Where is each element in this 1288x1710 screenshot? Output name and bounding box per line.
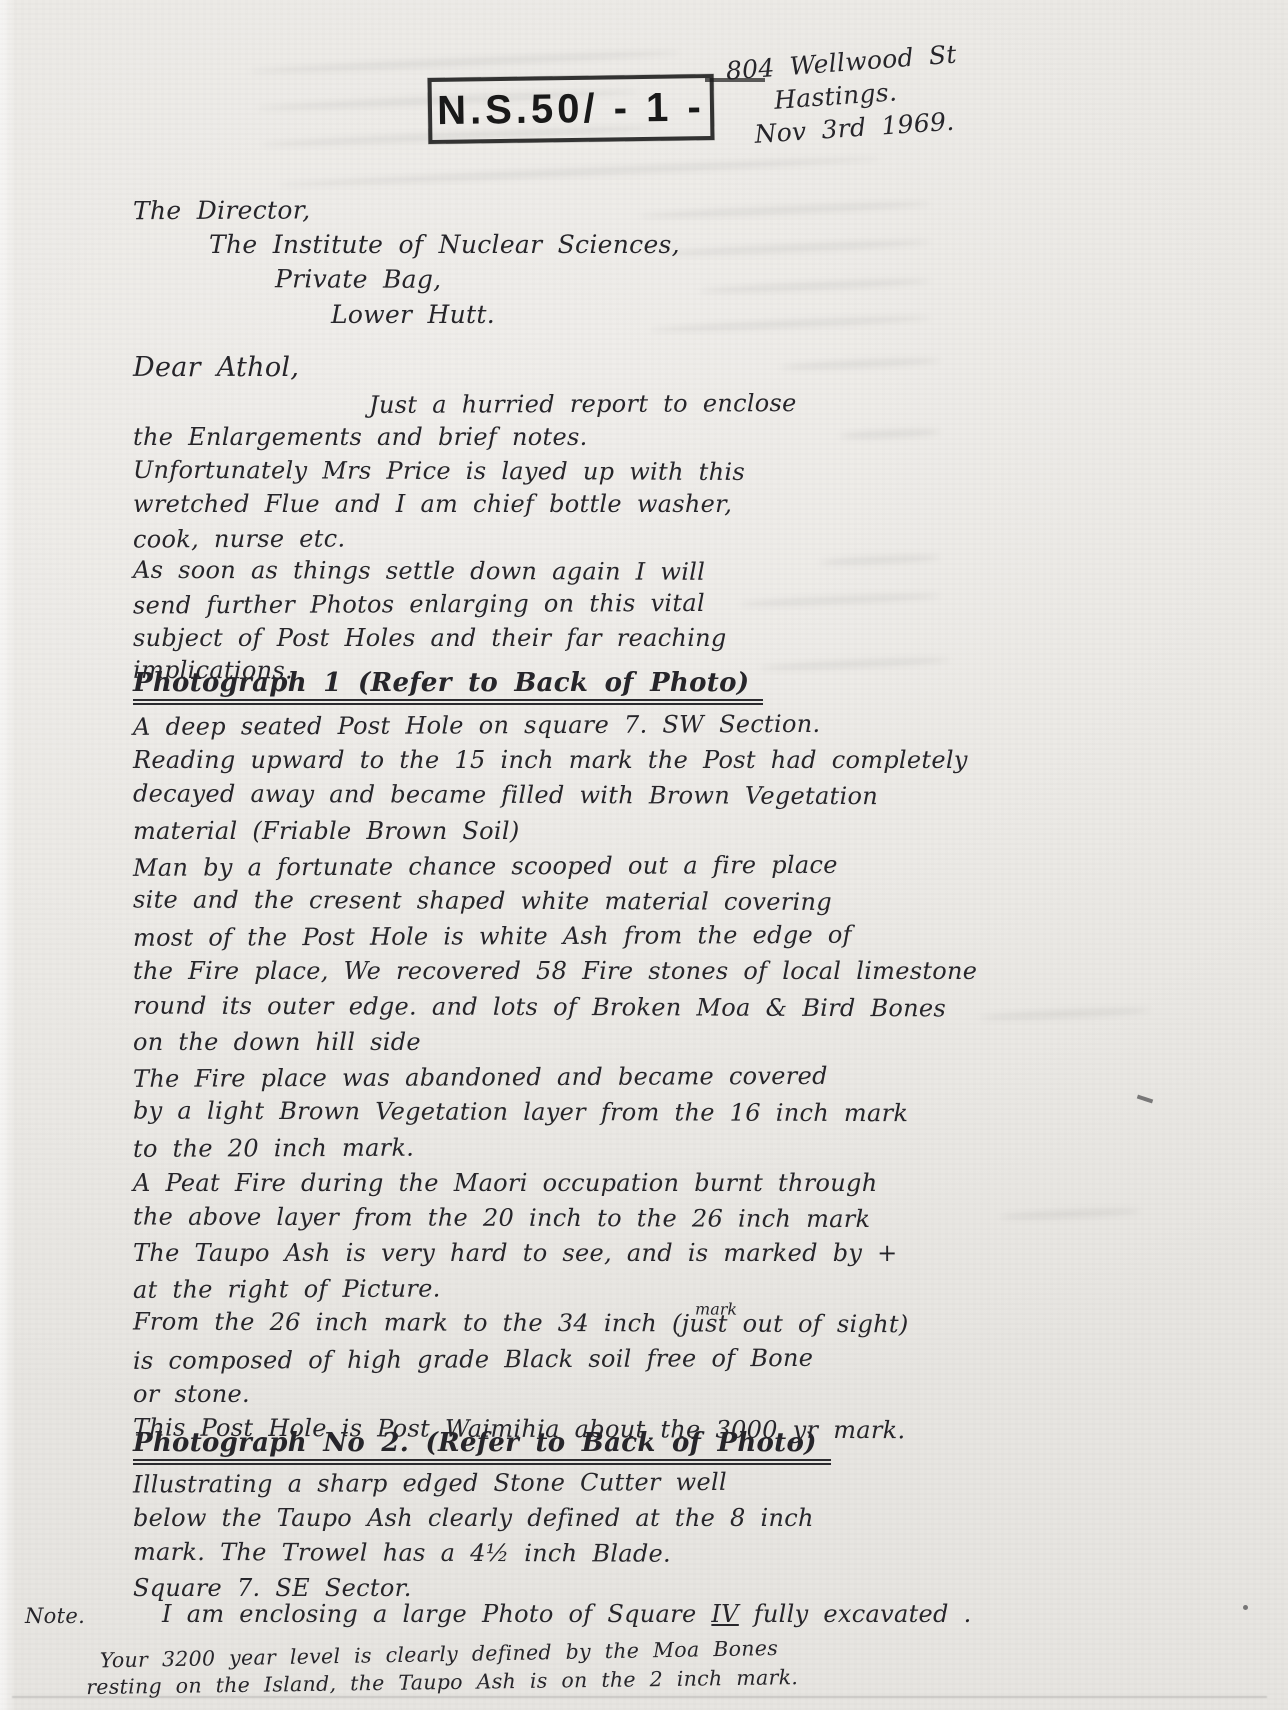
sender-address-block: 804 Wellwood St Hastings. Nov 3rd 1969. — [725, 38, 963, 153]
letter-line: most of the Post Hole is white Ash from … — [133, 917, 977, 956]
letter-line: below the Taupo Ash clearly defined at t… — [133, 1501, 814, 1536]
catalog-stamp: N.S.50/ - 1 - — [428, 74, 715, 144]
salutation: Dear Athol, — [133, 352, 299, 383]
letter-line: the Enlargements and brief notes. — [133, 421, 797, 454]
letter-line: A deep seated Post Hole on square 7. SW … — [133, 706, 977, 745]
letter-line: is composed of high grade Black soil fre… — [133, 1340, 977, 1379]
letter-line: The Fire place was abandoned and became … — [133, 1058, 977, 1097]
letter-line: the above layer from the 20 inch to the … — [133, 1199, 977, 1237]
letter-line: round its outer edge. and lots of Broken… — [133, 988, 977, 1026]
recipient-line: The Institute of Nuclear Sciences, — [209, 227, 680, 262]
photograph-1-heading-wrap: Photograph 1 (Refer to Back of Photo) — [133, 668, 763, 705]
scan-speck — [1137, 1095, 1153, 1104]
scan-speck — [1243, 1605, 1248, 1610]
letter-line: at the right of Picture. — [133, 1269, 977, 1308]
letter-line: or stone. — [133, 1377, 977, 1412]
letter-line: on the down hill side — [133, 1025, 977, 1060]
recipient-address-block: The Director, The Institute of Nuclear S… — [133, 192, 680, 332]
note-text: fully excavated . — [739, 1600, 972, 1628]
scan-line — [12, 1696, 1267, 1698]
letter-line: cook, nurse etc. — [133, 520, 797, 556]
scanned-letter-page: N.S.50/ - 1 - 804 Wellwood St Hastings. … — [0, 0, 1288, 1710]
letter-line: wretched Flue and I am chief bottle wash… — [133, 488, 797, 521]
note-label: Note. — [25, 1604, 85, 1628]
catalog-number: N.S.50/ - 1 - — [437, 84, 705, 134]
photograph-1-notes: A deep seated Post Hole on square 7. SW … — [133, 708, 977, 1447]
recipient-line: Lower Hutt. — [331, 297, 680, 332]
letter-line: mark. The Trowel has a 4½ inch Blade. — [133, 1535, 814, 1572]
recipient-line: The Director, — [133, 191, 680, 228]
letter-line: Reading upward to the 15 inch mark the P… — [133, 743, 977, 778]
letter-line: A Peat Fire during the Maori occupation … — [133, 1166, 977, 1201]
photograph-2-notes: Illustrating a sharp edged Stone Cutter … — [133, 1466, 814, 1606]
letter-line: site and the cresent shaped white materi… — [133, 883, 977, 921]
letter-line: to the 20 inch mark. — [133, 1129, 977, 1168]
letter-line: Unfortunately Mrs Price is layed up with… — [133, 454, 797, 490]
letter-line: From the 26 inch mark to the 34 inch (ju… — [133, 1305, 977, 1343]
letter-line: subject of Post Holes and their far reac… — [133, 622, 797, 655]
letter-line: by a light Brown Vegetation layer from t… — [133, 1094, 977, 1132]
letter-line: Just a hurried report to enclose — [369, 387, 797, 422]
photograph-2-heading-wrap: Photograph No 2. (Refer to Back of Photo… — [133, 1428, 831, 1465]
letter-line: The Taupo Ash is very hard to see, and i… — [133, 1236, 977, 1271]
photograph-1-heading: Photograph 1 (Refer to Back of Photo) — [133, 668, 763, 705]
square-number: IV — [711, 1600, 738, 1628]
letter-line: the Fire place, We recovered 58 Fire sto… — [133, 954, 977, 989]
letter-line: Illustrating a sharp edged Stone Cutter … — [133, 1465, 814, 1503]
intro-paragraphs: Just a hurried report to enclose the Enl… — [133, 388, 797, 689]
scan-edge — [0, 0, 16, 1710]
note-continued: Your 3200 year level is clearly defined … — [100, 1635, 799, 1701]
photograph-2-heading: Photograph No 2. (Refer to Back of Photo… — [133, 1428, 831, 1465]
letter-line: decayed away and became filled with Brow… — [133, 777, 977, 815]
note-text: I am enclosing a large Photo of Square — [162, 1600, 711, 1628]
letter-line: material (Friable Brown Soil) — [133, 814, 977, 849]
letter-line: send further Photos enlarging on this vi… — [133, 587, 797, 623]
recipient-line: Private Bag, — [275, 261, 680, 297]
letter-line-text: From the 26 inch mark to the 34 inch (ju… — [133, 1308, 909, 1339]
letter-line: As soon as things settle down again I wi… — [133, 554, 797, 590]
letter-line: Man by a fortunate chance scooped out a … — [133, 847, 977, 886]
inserted-word: mark — [695, 1292, 737, 1327]
note-line: I am enclosing a large Photo of Square I… — [162, 1600, 972, 1628]
